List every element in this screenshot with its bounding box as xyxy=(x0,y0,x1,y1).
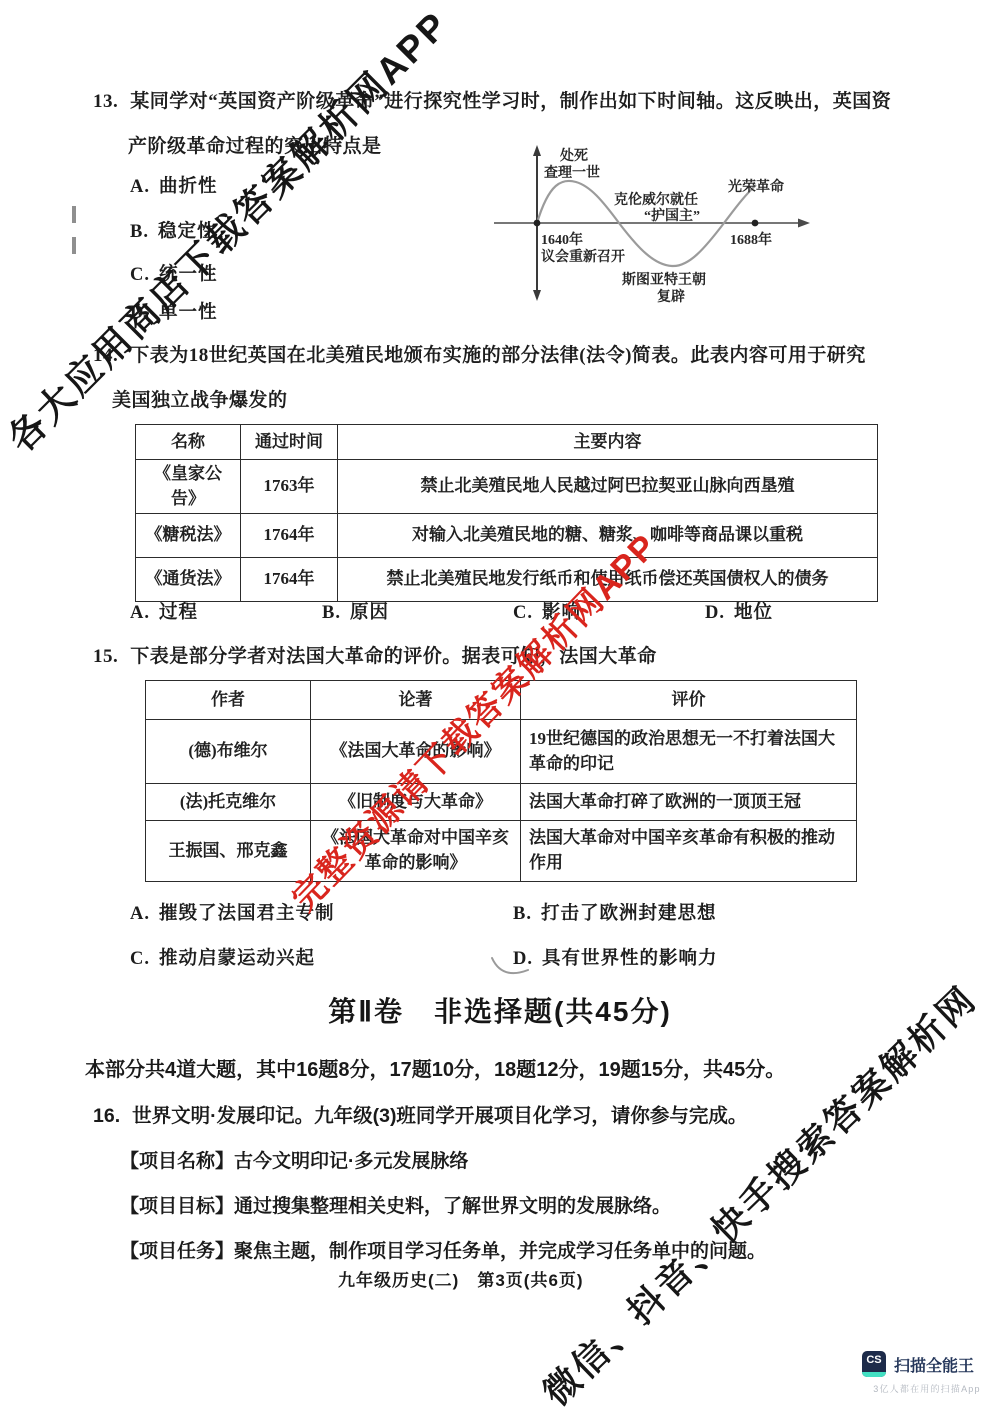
col-header: 名称 xyxy=(136,425,241,460)
table-row: (法)托克维尔 《旧制度与大革命》 法国大革命打碎了欧洲的一顶顶王冠 xyxy=(146,784,857,821)
q14-stem-line2: 美国独立战争爆发的 xyxy=(112,385,288,412)
table-row: 《皇家公告》 1763年 禁止北美殖民地人民越过阿巴拉契亚山脉向西垦殖 xyxy=(136,460,878,514)
col-header: 通过时间 xyxy=(241,425,338,460)
camscanner-logo: CS 扫描全能王 3亿人都在用的扫描App xyxy=(862,1351,992,1395)
table-header-row: 作者 论著 评价 xyxy=(146,681,857,720)
col-header: 评价 xyxy=(521,681,857,720)
page-footer: 九年级历史(二) 第3页(共6页) xyxy=(338,1266,584,1291)
start-point xyxy=(534,220,541,227)
table-row: 《糖税法》 1764年 对输入北美殖民地的糖、糖浆、咖啡等商品课以重税 xyxy=(136,514,878,558)
q13-stem-line1: 13.某同学对“英国资产阶级革命”进行探究性学习时，制作出如下时间轴。这反映出，… xyxy=(93,86,891,113)
q16-project-task: 【项目任务】聚焦主题，制作项目学习任务单，并完成学习任务单中的问题。 xyxy=(120,1236,766,1263)
exam-page-scan: 13.某同学对“英国资产阶级革命”进行探究性学习时，制作出如下时间轴。这反映出，… xyxy=(0,0,1000,1415)
up-arrow-icon xyxy=(533,145,541,156)
q14-option-c: C.影响 xyxy=(513,598,581,624)
q14-stem-line1: 14.下表为18世纪英国在北美殖民地颁布实施的部分法律(法令)简表。此表内容可用… xyxy=(93,340,866,367)
q13-option-b: B.稳定性 xyxy=(130,217,216,243)
camscanner-name: 扫描全能王 xyxy=(894,1353,974,1376)
camscanner-icon-teal-bar xyxy=(862,1372,886,1377)
col-header: 主要内容 xyxy=(338,425,878,460)
q13-timeline-diagram: 处死 查理一世 克伦威尔就任 “护国主” 光荣革命 1640年 议会重新召开 1… xyxy=(492,138,912,338)
camscanner-tagline: 3亿人都在用的扫描App xyxy=(862,1382,992,1395)
q14-number: 14. xyxy=(93,345,118,366)
scan-artifact xyxy=(72,206,76,223)
label-parliament: 议会重新召开 xyxy=(541,248,625,265)
table-row: 《通货法》 1764年 禁止北美殖民地发行纸币和使用纸币偿还英国债权人的债务 xyxy=(136,558,878,602)
col-header: 论著 xyxy=(311,681,521,720)
table-row: 王振国、邢克鑫 《法国大革命对中国辛亥革命的影响》 法国大革命对中国辛亥革命有积… xyxy=(146,821,857,882)
section2-title: 第Ⅱ卷 非选择题(共45分) xyxy=(0,990,1000,1030)
q14-option-d: D.地位 xyxy=(705,598,773,624)
section2-intro: 本部分共4道大题，其中16题8分，17题10分，18题12分，19题15分，共4… xyxy=(85,1053,785,1082)
q14-option-a: A.过程 xyxy=(130,598,198,624)
end-point xyxy=(752,220,759,227)
down-arrow-icon xyxy=(533,290,541,301)
q16-number: 16. xyxy=(93,1105,120,1127)
table-header-row: 名称 通过时间 主要内容 xyxy=(136,425,878,460)
col-header: 作者 xyxy=(146,681,311,720)
q14-laws-table: 名称 通过时间 主要内容 《皇家公告》 1763年 禁止北美殖民地人民越过阿巴拉… xyxy=(135,424,878,602)
label-cromwell-2: “护国主” xyxy=(644,207,700,224)
q16-project-name: 【项目名称】古今文明印记·多元发展脉络 xyxy=(120,1146,468,1173)
label-stuart-1: 斯图亚特王朝 xyxy=(622,271,706,288)
q13-option-a: A.曲折性 xyxy=(130,172,218,198)
right-arrow-icon xyxy=(798,219,810,228)
q15-option-d: D.具有世界性的影响力 xyxy=(513,944,718,970)
label-cromwell-1: 克伦威尔就任 xyxy=(614,191,698,208)
q14-option-b: B.原因 xyxy=(322,598,389,624)
q15-stem: 15.下表是部分学者对法国大革命的评价。据表可知，法国大革命 xyxy=(93,641,657,668)
camscanner-icon: CS xyxy=(862,1351,886,1377)
q15-option-b: B.打击了欧洲封建思想 xyxy=(513,899,716,925)
q16-stem: 16.世界文明·发展印记。九年级(3)班同学开展项目化学习，请你参与完成。 xyxy=(93,1100,747,1128)
q15-evaluation-table: 作者 论著 评价 (德)布维尔 《法国大革命的影响》 19世纪德国的政治思想无一… xyxy=(145,680,857,882)
label-glorious-revolution: 光荣革命 xyxy=(728,178,784,195)
q13-option-d: D.单一性 xyxy=(130,298,218,324)
q15-option-a: A.摧毁了法国君主专制 xyxy=(130,899,335,925)
q15-number: 15. xyxy=(93,646,118,667)
q13-number: 13. xyxy=(93,91,118,112)
label-year-1688: 1688年 xyxy=(730,231,772,248)
q13-stem-line2: 产阶级革命过程的突出特点是 xyxy=(128,131,382,158)
label-year-1640: 1640年 xyxy=(541,231,583,248)
q13-option-c: C.统一性 xyxy=(130,260,218,286)
label-execution-2: 查理一世 xyxy=(544,165,600,181)
q16-project-goal: 【项目目标】通过搜集整理相关史料，了解世界文明的发展脉络。 xyxy=(120,1191,671,1218)
label-stuart-2: 复辟 xyxy=(657,288,685,305)
pen-mark xyxy=(488,952,534,982)
q15-option-c: C.推动启蒙运动兴起 xyxy=(130,944,315,970)
label-execution-1: 处死 xyxy=(559,147,588,164)
table-row: (德)布维尔 《法国大革命的影响》 19世纪德国的政治思想无一不打着法国大革命的… xyxy=(146,720,857,784)
scan-artifact xyxy=(72,237,76,254)
